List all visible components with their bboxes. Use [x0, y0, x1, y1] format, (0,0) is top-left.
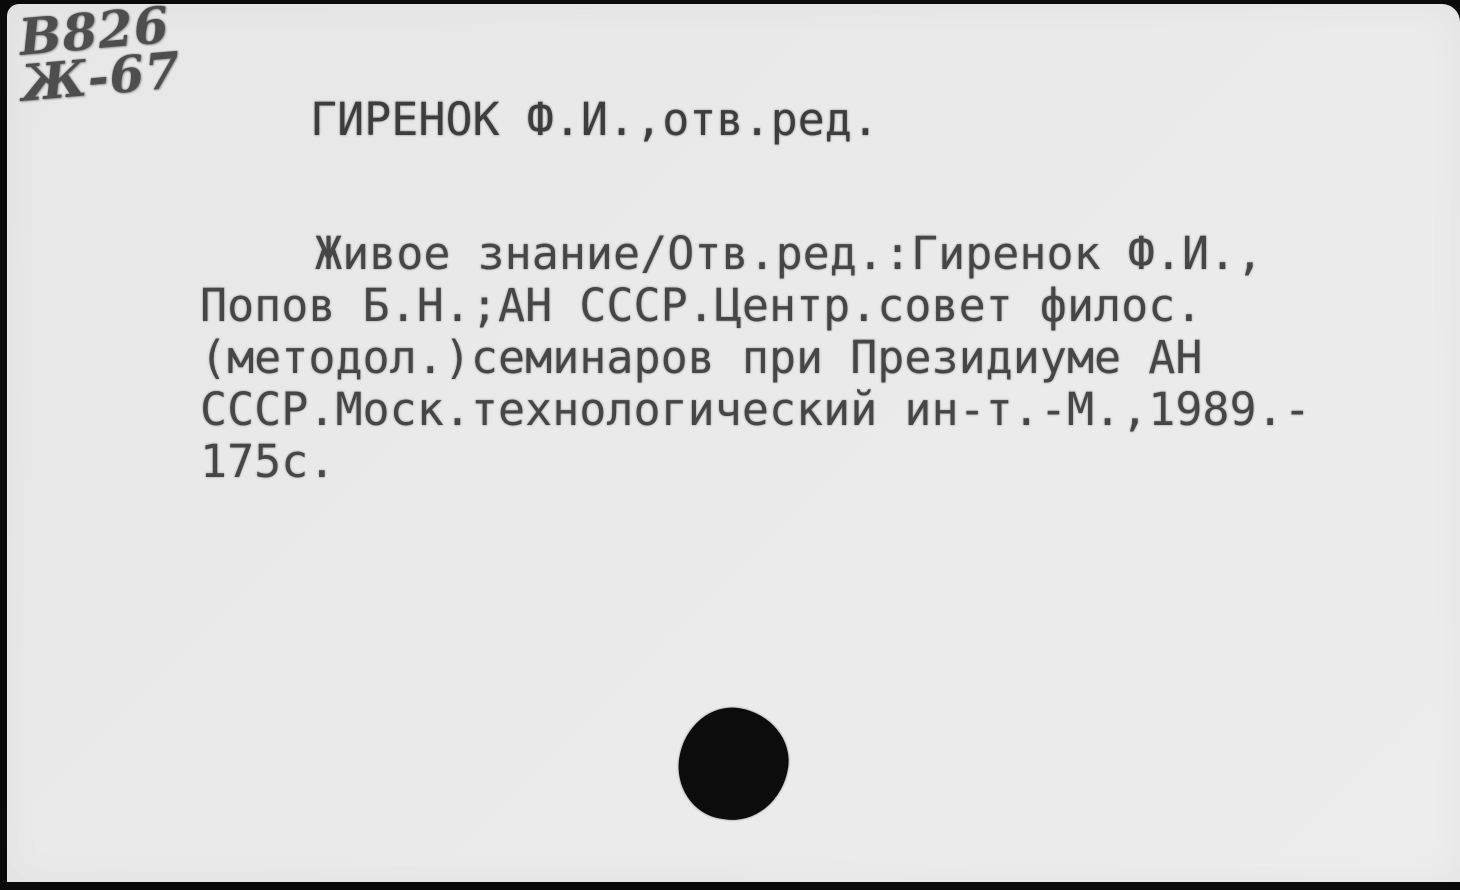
author-heading: ГИРЕНОК Ф.И.,отв.ред. [310, 94, 879, 146]
biblio-line-2: Попов Б.Н.;АН СССР.Центр.совет филос. [200, 280, 1311, 332]
catalog-card: В826 Ж-67 ГИРЕНОК Ф.И.,отв.ред. Живое зн… [7, 4, 1460, 882]
bibliographic-description: Живое знание/Отв.ред.:Гиренок Ф.И., Попо… [200, 228, 1311, 488]
ink-blot [671, 700, 796, 828]
scan-background: В826 Ж-67 ГИРЕНОК Ф.И.,отв.ред. Живое зн… [0, 0, 1460, 890]
biblio-line-3: (методол.)семинаров при Президиуме АН [200, 332, 1311, 384]
call-number-line-2: Ж-67 [19, 45, 183, 109]
biblio-line-5: 175с. [200, 436, 1311, 488]
biblio-line-1: Живое знание/Отв.ред.:Гиренок Ф.И., [200, 228, 1311, 280]
handwritten-call-number: В826 Ж-67 [17, 0, 183, 109]
biblio-line-4: СССР.Моск.технологический ин-т.-М.,1989.… [200, 384, 1311, 436]
